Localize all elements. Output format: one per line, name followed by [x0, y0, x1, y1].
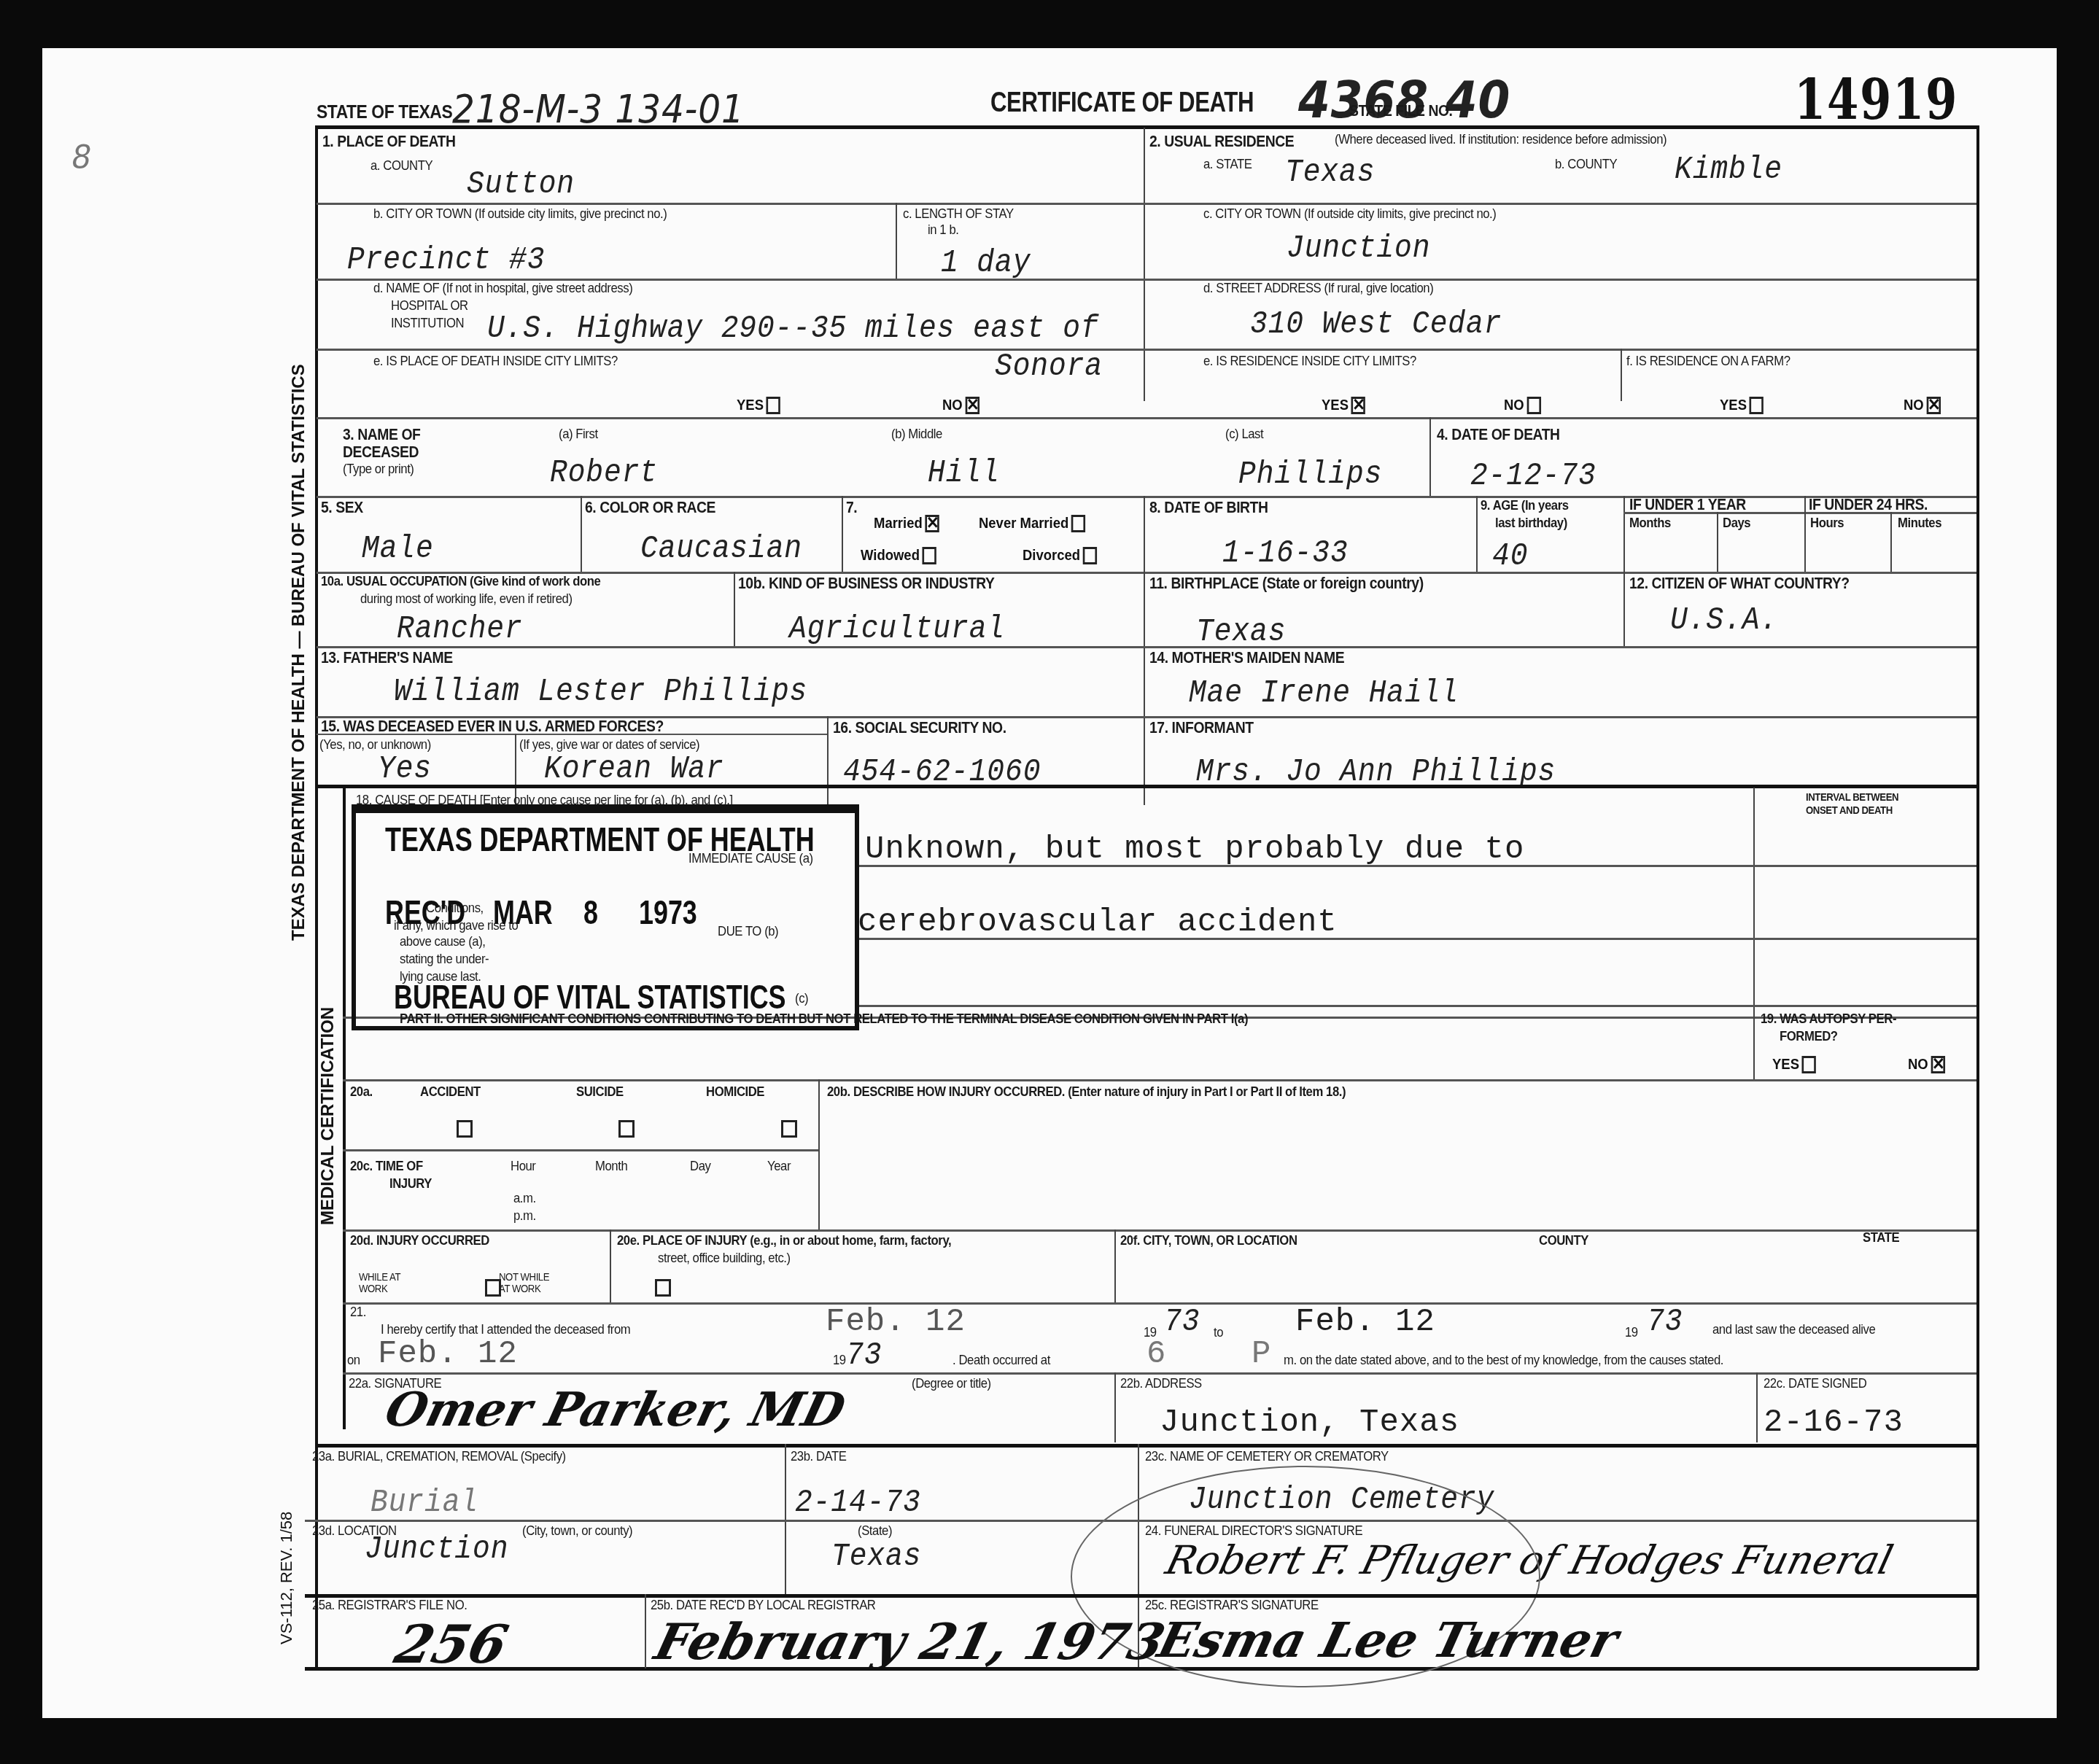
type-or-print-label: (Type or print): [343, 462, 414, 477]
accident-label: ACCIDENT: [420, 1085, 481, 1100]
margin-mark: 8: [71, 139, 92, 180]
disposition-label: 23a. BURIAL, CREMATION, REMOVAL (Specify…: [312, 1450, 566, 1464]
months-label: Months: [1629, 516, 1671, 531]
stamp-month: MAR: [493, 893, 553, 932]
industry-label: 10b. KIND OF BUSINESS OR INDUSTRY: [738, 575, 995, 591]
days-label: Days: [1723, 516, 1750, 531]
citizenship-value: U.S.A.: [1670, 602, 1778, 639]
death-inside-limits-label: e. IS PLACE OF DEATH INSIDE CITY LIMITS?: [373, 354, 618, 369]
armed-forces-value: Yes: [378, 751, 432, 788]
death-ampm-value: P: [1252, 1336, 1271, 1372]
stamp-year: 1973: [639, 893, 697, 932]
last-seen-date: Feb. 12: [378, 1336, 518, 1372]
certification-number-label: 21.: [350, 1305, 366, 1320]
occupation-value: Rancher: [397, 611, 523, 648]
county-label: a. COUNTY: [370, 159, 432, 174]
form-revision-label: VS-112, REV. 1/58: [277, 1512, 296, 1644]
accident-checkbox[interactable]: [457, 1120, 473, 1138]
month-label: Month: [595, 1159, 627, 1174]
injury-type-label: 20a.: [350, 1085, 373, 1100]
describe-injury-label: 20b. DESCRIBE HOW INJURY OCCURRED. (Ente…: [827, 1085, 1346, 1100]
year-label: Year: [767, 1159, 791, 1174]
death-city-value: Precinct #3: [347, 242, 545, 279]
death-county-value: Sutton: [467, 166, 575, 203]
never-married-checkbox[interactable]: Never Married: [979, 515, 1085, 532]
widowed-checkbox[interactable]: Widowed: [861, 547, 936, 564]
am-label: a.m.: [513, 1192, 536, 1206]
middle-name-label: (b) Middle: [891, 427, 942, 442]
war-service-value: Korean War: [544, 751, 724, 788]
armed-yes-no-label: (Yes, no, or unknown): [319, 738, 431, 753]
residence-inside-yes-checkbox[interactable]: YES: [1322, 397, 1365, 414]
death-occurred-label: . Death occurred at: [952, 1353, 1050, 1368]
usual-residence-note: (Where deceased lived. If institution: r…: [1335, 133, 1667, 147]
interval-label-2: ONSET AND DEATH: [1806, 805, 1893, 817]
institution-value: U.S. Highway 290--35 miles east of: [487, 311, 1099, 347]
cause-line-a: Unknown, but most probably due to: [865, 831, 1524, 868]
physician-address-label: 22b. ADDRESS: [1120, 1377, 1202, 1391]
day-label: Day: [690, 1159, 710, 1174]
injury-county-label: COUNTY: [1539, 1234, 1588, 1248]
last-seen-year: 73: [846, 1337, 882, 1374]
registrar-file-value: 256: [389, 1613, 513, 1675]
certify-text-2: and last saw the deceased alive: [1712, 1323, 1875, 1337]
stamp-department: TEXAS DEPARTMENT OF HEALTH: [385, 820, 815, 859]
armed-forces-label: 15. WAS DECEASED EVER IN U.S. ARMED FORC…: [321, 718, 664, 734]
farm-yes-checkbox[interactable]: YES: [1720, 397, 1764, 414]
date-signed-value: 2-16-73: [1764, 1404, 1904, 1441]
certificate-number: 14919: [1794, 67, 1958, 132]
race-value: Caucasian: [640, 531, 802, 567]
nineteen-label-3: 19: [833, 1353, 846, 1368]
residence-inside-limits-label: e. IS RESIDENCE INSIDE CITY LIMITS?: [1203, 354, 1416, 369]
mother-maiden-name-label: 14. MOTHER'S MAIDEN NAME: [1149, 649, 1344, 666]
while-at-work-label: WHILE AT WORK: [359, 1272, 416, 1295]
death-city-label: b. CITY OR TOWN (If outside city limits,…: [373, 207, 667, 222]
war-service-label: (If yes, give war or dates of service): [519, 738, 699, 753]
homicide-label: HOMICIDE: [706, 1085, 764, 1100]
street-address-label: d. STREET ADDRESS (If rural, give locati…: [1203, 281, 1433, 296]
length-of-stay-value: 1 day: [941, 245, 1031, 281]
registrar-signature: Esma Lee Turner: [1152, 1612, 1623, 1668]
attended-to-year: 73: [1647, 1304, 1683, 1340]
residence-county-label: b. COUNTY: [1555, 158, 1617, 172]
degree-label: (Degree or title): [912, 1377, 991, 1391]
department-side-label: TEXAS DEPARTMENT OF HEALTH — BUREAU OF V…: [289, 364, 309, 941]
certificate-title: CERTIFICATE OF DEATH: [990, 89, 1254, 118]
place-of-death-label: 1. PLACE OF DEATH: [322, 133, 456, 149]
death-hour-value: 6: [1147, 1336, 1166, 1372]
mother-maiden-name-value: Mae Irene Haill: [1189, 675, 1459, 712]
place-of-injury-label: 20e. PLACE OF INJURY (e.g., in or about …: [617, 1234, 951, 1248]
time-of-injury-label-2: INJURY: [389, 1177, 432, 1192]
suicide-label: SUICIDE: [576, 1085, 624, 1100]
death-inside-yes-checkbox[interactable]: YES: [737, 397, 780, 414]
attended-from-date: Feb. 12: [826, 1304, 966, 1340]
stamp-received-label: REC'D: [385, 893, 465, 932]
length-of-stay-sub-label: in 1 b.: [928, 223, 958, 238]
state-file-label: STATE FILE NO.: [1349, 102, 1453, 119]
nineteen-label-2: 19: [1625, 1326, 1638, 1340]
informant-label: 17. INFORMANT: [1149, 719, 1254, 736]
burial-location-sub-label: (City, town, or county): [522, 1524, 632, 1539]
not-while-at-work-checkbox[interactable]: [655, 1279, 671, 1297]
registrar-file-label: 25a. REGISTRAR'S FILE NO.: [312, 1598, 467, 1613]
usual-residence-label: 2. USUAL RESIDENCE: [1149, 133, 1294, 149]
residence-state-value: Texas: [1285, 155, 1375, 191]
certify-text-1: I hereby certify that I attended the dec…: [381, 1323, 630, 1337]
industry-value: Agricultural: [789, 611, 1005, 648]
burial-date-label: 23b. DATE: [791, 1450, 847, 1464]
hour-label: Hour: [511, 1159, 535, 1174]
stamp-day: 8: [583, 893, 598, 932]
father-name-value: William Lester Phillips: [394, 674, 807, 710]
attended-to-date: Feb. 12: [1295, 1304, 1435, 1340]
registrar-signature-label: 25c. REGISTRAR'S SIGNATURE: [1145, 1598, 1319, 1613]
occupation-label: 10a. USUAL OCCUPATION (Give kind of work…: [321, 575, 600, 589]
on-label: on: [347, 1353, 360, 1368]
pm-label: p.m.: [513, 1209, 536, 1224]
marital-label: 7.: [846, 499, 857, 516]
middle-name-value: Hill: [928, 455, 1000, 491]
sex-value: Male: [362, 531, 434, 567]
homicide-checkbox[interactable]: [781, 1120, 797, 1138]
length-of-stay-label: c. LENGTH OF STAY: [903, 207, 1014, 222]
cause-line-b: cerebrovascular accident: [858, 904, 1338, 941]
last-name-label: (c) Last: [1225, 427, 1263, 442]
birthplace-value: Texas: [1196, 614, 1286, 650]
registrar-date-value: February 21, 1973: [649, 1613, 1171, 1671]
residence-city-value: Junction: [1287, 230, 1430, 267]
farm-no-checkbox[interactable]: NO: [1904, 397, 1941, 414]
date-of-birth-label: 8. DATE OF BIRTH: [1149, 499, 1268, 516]
place-of-injury-sub-label: street, office building, etc.): [658, 1251, 791, 1266]
burial-state-sub-label: (State): [858, 1524, 892, 1539]
autopsy-yes-checkbox[interactable]: YES: [1772, 1056, 1816, 1073]
disposition-value: Burial: [370, 1485, 478, 1521]
state-of-texas-label: STATE OF TEXAS: [317, 102, 452, 122]
first-name-label: (a) First: [559, 427, 598, 442]
to-label: to: [1214, 1326, 1223, 1340]
sex-label: 5. SEX: [321, 499, 363, 516]
registrar-date-label: 25b. DATE REC'D BY LOCAL REGISTRAR: [651, 1598, 875, 1613]
deceased-name-label-2: DECEASED: [343, 443, 419, 460]
age-value: 40: [1492, 538, 1528, 575]
autopsy-no-checkbox[interactable]: NO: [1908, 1056, 1945, 1073]
married-checkbox[interactable]: Married: [874, 515, 939, 532]
under-1-year-label: IF UNDER 1 YEAR: [1629, 496, 1746, 513]
residence-city-label: c. CITY OR TOWN (If outside city limits,…: [1203, 207, 1496, 222]
date-signed-label: 22c. DATE SIGNED: [1764, 1377, 1866, 1391]
farm-label: f. IS RESIDENCE ON A FARM?: [1626, 354, 1790, 369]
residence-inside-no-checkbox[interactable]: NO: [1504, 397, 1541, 414]
institution-label: d. NAME OF (If not in hospital, give str…: [373, 281, 632, 296]
occupation-sub-label: during most of working life, even if ret…: [360, 592, 573, 607]
interval-label: INTERVAL BETWEEN: [1806, 792, 1898, 804]
time-of-injury-label: 20c. TIME OF: [350, 1159, 423, 1174]
date-of-birth-value: 1-16-33: [1222, 535, 1349, 572]
institution-label-3: INSTITUTION: [391, 316, 464, 331]
institution-value-2: Sonora: [995, 349, 1103, 385]
minutes-label: Minutes: [1898, 516, 1941, 531]
stamp-bureau: BUREAU OF VITAL STATISTICS: [394, 977, 786, 1017]
medical-certification-label: MEDICAL CERTIFICATION: [318, 1007, 338, 1225]
hours-label: Hours: [1810, 516, 1844, 531]
institution-label-2: HOSPITAL OR: [391, 299, 468, 314]
not-while-at-work-label: NOT WHILE AT WORK: [499, 1272, 556, 1295]
injury-city-label: 20f. CITY, TOWN, OR LOCATION: [1120, 1234, 1297, 1248]
father-name-label: 13. FATHER'S NAME: [321, 649, 453, 666]
last-name-value: Phillips: [1238, 456, 1382, 493]
death-inside-no-checkbox[interactable]: NO: [942, 397, 979, 414]
attended-from-year: 73: [1164, 1304, 1200, 1340]
age-label-2: last birthday): [1495, 516, 1567, 531]
burial-state-value: Texas: [831, 1539, 921, 1575]
residence-county-value: Kimble: [1675, 152, 1782, 188]
under-24-hrs-label: IF UNDER 24 HRS.: [1809, 496, 1928, 513]
cemetery-label: 23c. NAME OF CEMETERY OR CREMATORY: [1145, 1450, 1389, 1464]
autopsy-label: 19. WAS AUTOPSY PER-: [1761, 1012, 1896, 1027]
handwritten-file-number: 4368 40: [1298, 70, 1510, 130]
birthplace-label: 11. BIRTHPLACE (State or foreign country…: [1149, 575, 1424, 591]
suicide-checkbox[interactable]: [618, 1120, 635, 1138]
date-of-death-value: 2-12-73: [1470, 458, 1596, 494]
citizenship-label: 12. CITIZEN OF WHAT COUNTRY?: [1629, 575, 1850, 591]
injury-occurred-label: 20d. INJURY OCCURRED: [350, 1234, 489, 1248]
burial-location-value: Junction: [365, 1531, 508, 1568]
autopsy-label-2: FORMED?: [1780, 1030, 1838, 1044]
physician-address-value: Junction, Texas: [1160, 1404, 1459, 1441]
burial-date-value: 2-14-73: [795, 1485, 921, 1521]
race-label: 6. COLOR OR RACE: [585, 499, 715, 516]
deceased-name-label: 3. NAME OF: [343, 426, 420, 443]
certify-text-3: m. on the date stated above, and to the …: [1284, 1353, 1723, 1368]
date-of-death-label: 4. DATE OF DEATH: [1437, 426, 1560, 443]
ssn-label: 16. SOCIAL SECURITY NO.: [833, 719, 1006, 736]
divorced-checkbox[interactable]: Divorced: [1023, 547, 1097, 564]
injury-state-label: STATE: [1863, 1231, 1899, 1246]
residence-state-label: a. STATE: [1203, 158, 1252, 172]
first-name-value: Robert: [550, 455, 658, 491]
physician-signature: Omer Parker, MD: [380, 1383, 851, 1437]
street-address-value: 310 West Cedar: [1250, 306, 1502, 343]
age-label: 9. AGE (In years: [1481, 499, 1569, 513]
